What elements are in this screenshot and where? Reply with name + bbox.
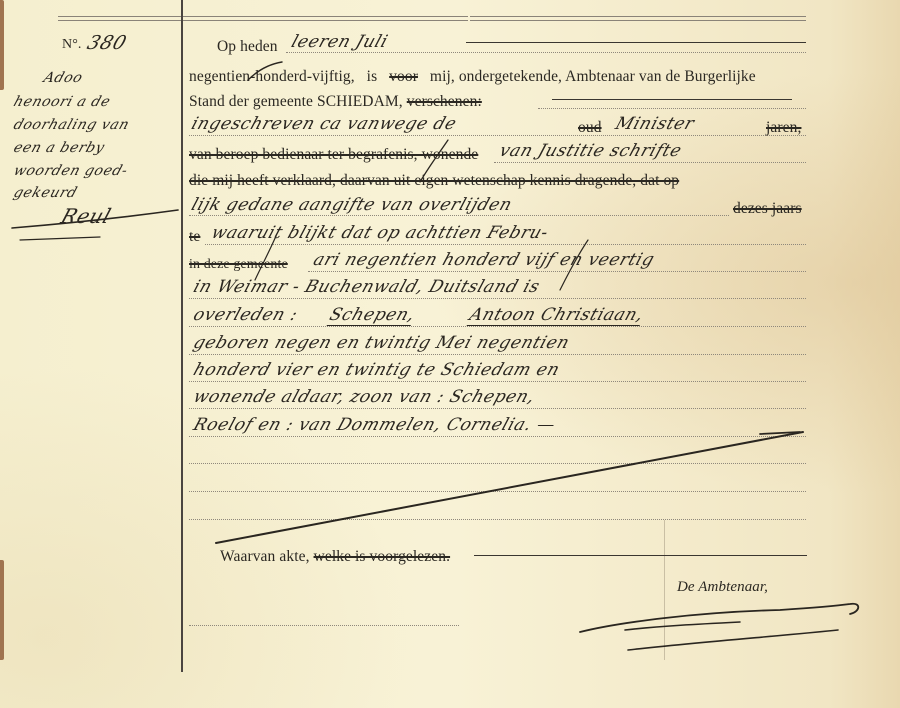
empty-line bbox=[189, 519, 806, 520]
margin-note-line: woorden goed- bbox=[11, 163, 130, 179]
struck-in-deze-gemeente: in deze gemeente bbox=[189, 256, 288, 274]
fill-line bbox=[538, 108, 806, 109]
fill-dash bbox=[552, 99, 792, 100]
fill-dash bbox=[466, 42, 806, 43]
fill-line bbox=[189, 354, 806, 355]
handwritten-line-12: geboren negen en twintig Mei negentien bbox=[191, 333, 572, 353]
handwritten-line-9: ari negentien honderd vijf en veertig bbox=[311, 250, 657, 270]
margin-note-line: Adoo bbox=[41, 70, 85, 86]
struck-voor: voor bbox=[389, 68, 418, 85]
deceased-surname: Schepen, bbox=[327, 305, 418, 326]
margin-note-line: gekeurd bbox=[11, 185, 79, 201]
handwritten-line-14: wonende aldaar, zoon van : Schepen, bbox=[191, 387, 538, 407]
closing-dash bbox=[474, 555, 807, 556]
struck-verklaard: die mij heeft verklaard, daarvan uit eig… bbox=[189, 172, 679, 190]
record-number: 380 bbox=[84, 32, 129, 54]
witness-line bbox=[189, 625, 459, 626]
cancel-diagonal-stroke bbox=[216, 432, 803, 543]
text-stand: Stand der gemeente bbox=[189, 93, 313, 110]
binding-tab-top bbox=[0, 0, 4, 90]
empty-line bbox=[189, 491, 806, 492]
signature-stroke bbox=[580, 604, 858, 632]
handwritten-overleden: overleden : bbox=[191, 305, 301, 325]
handwritten-line-8: waaruit blijkt dat op achttien Febru- bbox=[209, 223, 551, 243]
handwritten-date: leeren Juli bbox=[289, 32, 391, 52]
fill-line bbox=[205, 244, 806, 245]
empty-line bbox=[189, 463, 806, 464]
margin-paraph: Reul bbox=[58, 204, 114, 228]
margin-note-line: een a berby bbox=[11, 140, 106, 156]
struck-te: te bbox=[189, 228, 200, 246]
fill-line bbox=[189, 298, 806, 299]
fill-line bbox=[189, 381, 806, 382]
fill-line bbox=[189, 326, 806, 327]
margin-column-divider bbox=[181, 0, 183, 672]
fill-line bbox=[189, 135, 806, 136]
margin-note-line: henoori a de bbox=[11, 94, 112, 110]
top-double-rule-left bbox=[58, 16, 468, 21]
struck-jaren: jaren, bbox=[766, 119, 801, 137]
handwritten-line-4a: ingeschreven ca vanwege de bbox=[189, 114, 459, 134]
binding-tab-bottom bbox=[0, 560, 4, 660]
municipality-name: SCHIEDAM, bbox=[317, 93, 403, 110]
handwritten-line-5: van Justitie schrifte bbox=[497, 141, 685, 161]
signature-underline bbox=[628, 630, 838, 650]
fill-line bbox=[189, 408, 806, 409]
struck-beroep: van beroep bedienaar ter begrafenis, won… bbox=[189, 146, 478, 164]
handwritten-line-13: honderd vier en twintig te Schiedam en bbox=[191, 360, 563, 380]
document-page: N°. 380 Adoo henoori a de doorhaling van… bbox=[0, 0, 900, 708]
handwritten-line-4b: Minister bbox=[613, 114, 697, 134]
margin-note-line: doorhaling van bbox=[11, 117, 131, 133]
text-line-3: Stand der gemeente SCHIEDAM, verschenen: bbox=[189, 93, 482, 111]
fill-line bbox=[286, 52, 806, 53]
fill-line bbox=[189, 215, 729, 216]
handwritten-line-7: lijk gedane aangifte van overlijden bbox=[189, 195, 515, 215]
fill-line bbox=[308, 271, 806, 272]
struck-oud: oud bbox=[578, 119, 602, 137]
top-double-rule-right bbox=[470, 16, 806, 21]
text-ambtenaar: mij, ondergetekende, Ambtenaar van de Bu… bbox=[430, 68, 756, 85]
official-label: De Ambtenaar, bbox=[677, 578, 768, 596]
fill-line bbox=[189, 436, 806, 437]
bleedthrough-divider bbox=[664, 520, 665, 660]
struck-voorgelezen: welke is voorgelezen. bbox=[314, 548, 451, 565]
text-waarvan-akte: Waarvan akte, welke is voorgelezen. bbox=[220, 548, 450, 566]
struck-dezes-jaars: dezes jaars bbox=[733, 200, 802, 218]
fill-line bbox=[494, 162, 806, 163]
text-year: negentien-honderd-vijftig, bbox=[189, 68, 355, 85]
text-line-2: negentien-honderd-vijftig, is voor mij, … bbox=[189, 68, 756, 86]
text-is: is bbox=[367, 68, 378, 85]
deceased-given-names: Antoon Christiaan, bbox=[467, 305, 647, 326]
handwritten-line-15: Roelof en : van Dommelen, Cornelia. — bbox=[191, 415, 558, 435]
struck-verschenen: verschenen: bbox=[407, 93, 482, 110]
record-number-label: N°. bbox=[62, 36, 82, 54]
text-op-heden: Op heden bbox=[217, 38, 278, 56]
handwritten-line-10: in Weimar - Buchenwald, Duitsland is bbox=[191, 277, 543, 297]
